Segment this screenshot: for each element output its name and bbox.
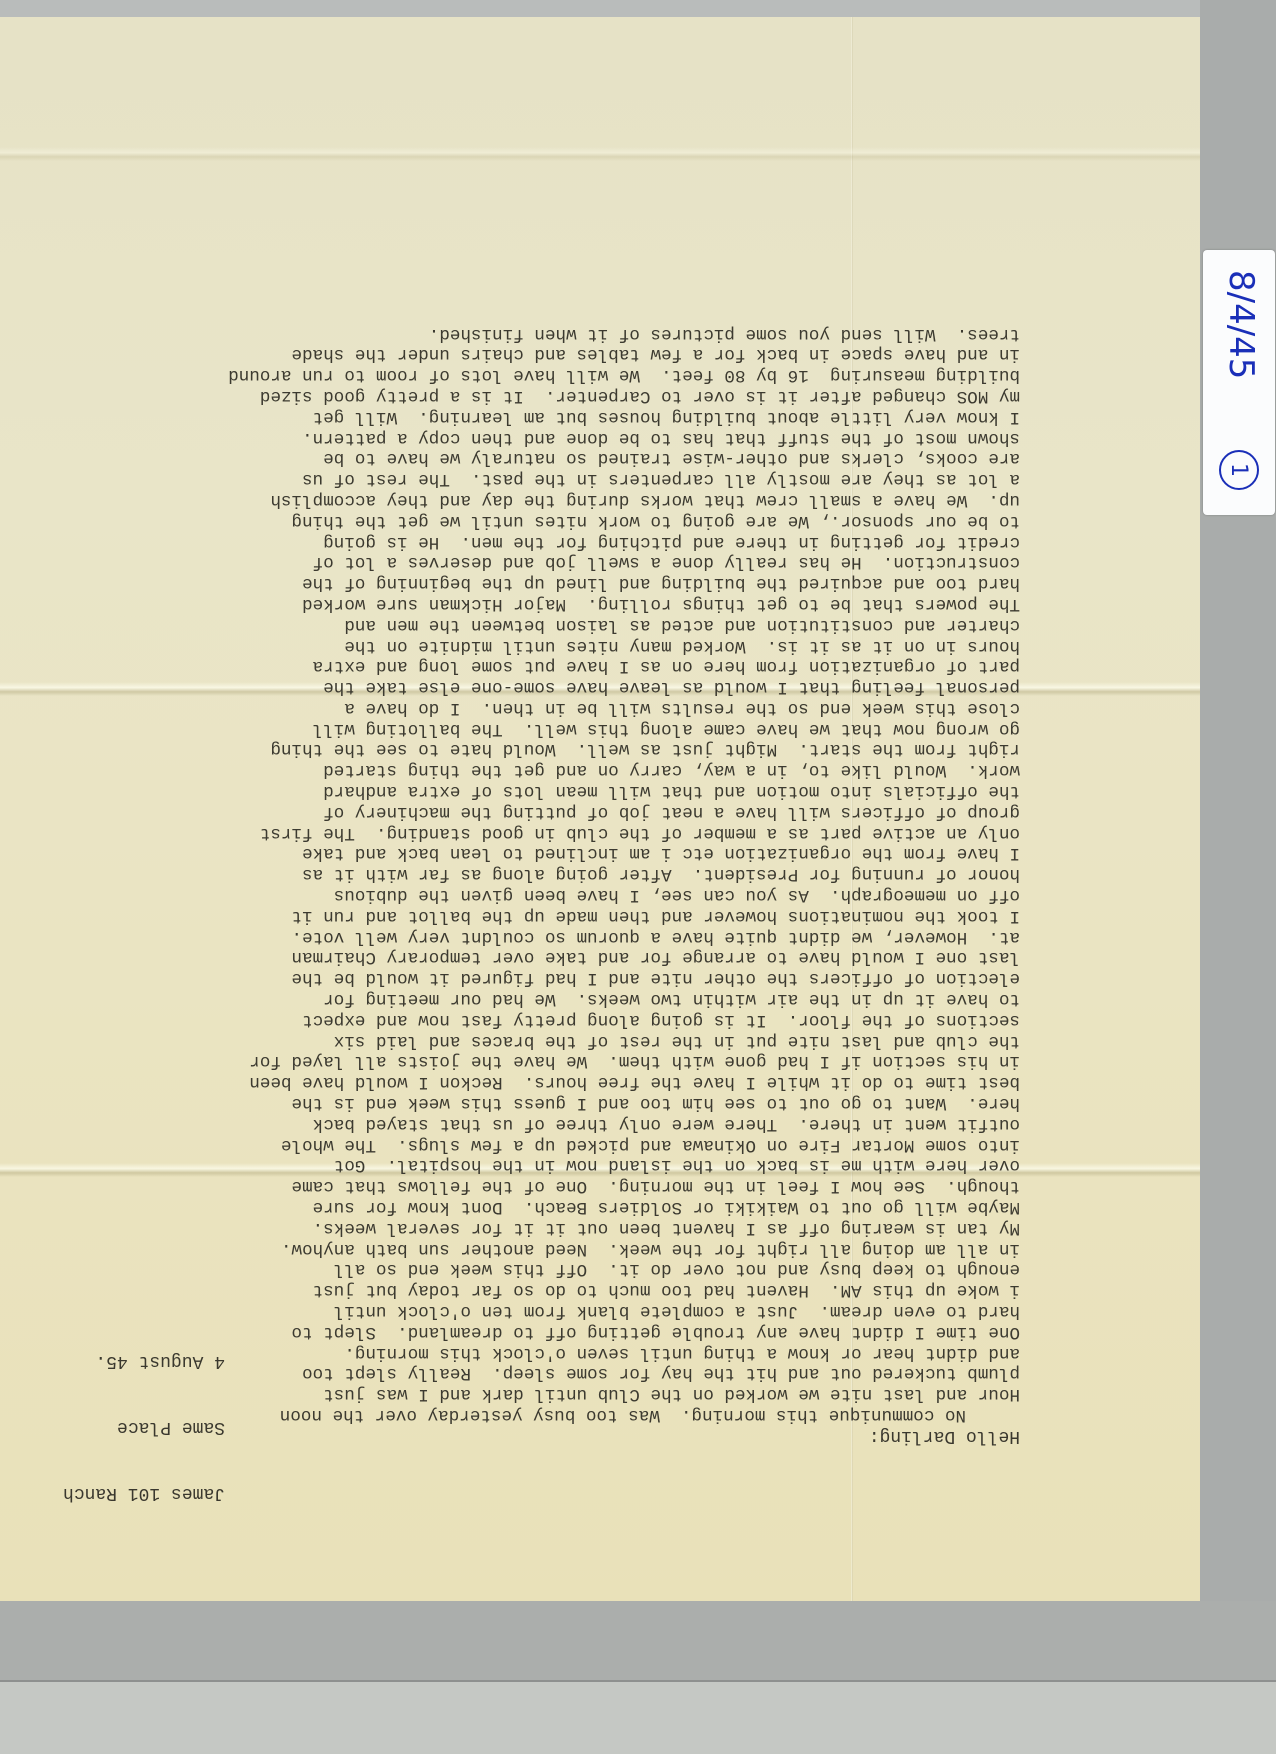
- letter-line: I know very little about building houses…: [120, 406, 1020, 427]
- label-page-number-circled: 1: [1219, 450, 1259, 490]
- letter-line: Hour and last nite we worked on the Club…: [120, 1383, 1020, 1404]
- letter-line: last one I would have to arrange for and…: [120, 947, 1020, 968]
- letter-line: My tan is wearing off as I havent been o…: [120, 1217, 1020, 1238]
- letter-line: honor of running for President. After go…: [120, 863, 1020, 884]
- letter-line: charter and constitution and acted as la…: [120, 614, 1020, 635]
- letter-line: the club and last nite put in the rest o…: [120, 1030, 1020, 1051]
- letter-line: One time I didnt have any trouble gettin…: [120, 1321, 1020, 1342]
- letter-line: to have it up in the air within two week…: [120, 988, 1020, 1009]
- letter-body: No communique this morning. Was too busy…: [120, 323, 1020, 1425]
- letter-line: though. See how I feel in the morning. O…: [120, 1175, 1020, 1196]
- letter-line: construction. He has really done a swell…: [120, 552, 1020, 573]
- letter-line: hours in on it as it is. Worked many nit…: [120, 635, 1020, 656]
- letter-line: hard too and acquired the building and l…: [120, 572, 1020, 593]
- letter-line: work. Would like to, in a way, carry on …: [120, 760, 1020, 781]
- letter-line: up. We have a small crew that works duri…: [120, 489, 1020, 510]
- letter-greeting: Hello Darling:: [869, 1426, 1020, 1446]
- letter-line: hard to even dream. Just a complete blan…: [120, 1300, 1020, 1321]
- letter-line: election of officers the other nite and …: [120, 967, 1020, 988]
- archive-label: 8/4/45 1: [1203, 250, 1275, 515]
- letter-line: shown most of the stuff that has to be d…: [120, 427, 1020, 448]
- letter-line: the officials into motion and that will …: [120, 780, 1020, 801]
- letter-line: I took the nominations however and then …: [120, 905, 1020, 926]
- letter-line: best time to do it while I have the free…: [120, 1071, 1020, 1092]
- letter-page: James 101 Ranch Same Place 4 August 45. …: [0, 17, 1200, 1601]
- letter-line: trees. Will send you some pictures of it…: [120, 323, 1020, 344]
- letter-line: plumb tuckered out and hit the hay for s…: [120, 1363, 1020, 1384]
- letter-line: right from the start. Might just as well…: [120, 739, 1020, 760]
- letter-line: my MOS changed after it is over to Carpe…: [120, 385, 1020, 406]
- letter-line: outfit went in there. There were only th…: [120, 1113, 1020, 1134]
- letter-line: only an active part as a member of the c…: [120, 822, 1020, 843]
- scanner-top-edge: [0, 0, 1276, 18]
- letter-line: are cooks, clerks and other-wise trained…: [120, 448, 1020, 469]
- letter-line: personal feeling that I would as leave h…: [120, 676, 1020, 697]
- letter-line: over here with me is back on the island …: [120, 1155, 1020, 1176]
- letter-line: into some Mortar Fire on Okinawa and pic…: [120, 1134, 1020, 1155]
- letter-line: at. However, we didnt quite have a quoru…: [120, 926, 1020, 947]
- letter-line: building measuring 16 by 80 feet. We wil…: [120, 364, 1020, 385]
- letter-line: go wrong now that we have came along thi…: [120, 718, 1020, 739]
- letter-line: group of officers will have a neat job o…: [120, 801, 1020, 822]
- letter-line: credit for getting in there and pitching…: [120, 531, 1020, 552]
- letter-line: i woke up this AM. Havent had too much t…: [120, 1279, 1020, 1300]
- header-location: James 101 Ranch: [63, 1482, 225, 1504]
- letter-line: to be our sponsor., We are going to work…: [120, 510, 1020, 531]
- label-date-handwritten: 8/4/45: [1221, 270, 1261, 379]
- letter-line: and didnt hear or know a thing until sev…: [120, 1342, 1020, 1363]
- letter-line: Maybe will go out to Waikiki or Soldiers…: [120, 1196, 1020, 1217]
- letter-line: here. Want to go out to see him too and …: [120, 1092, 1020, 1113]
- letter-line: in his section if I had gone with them. …: [120, 1051, 1020, 1072]
- letter-rotated-content: James 101 Ranch Same Place 4 August 45. …: [0, 17, 1200, 1601]
- letter-line: a lot as they are mostly all carpenters …: [120, 468, 1020, 489]
- letter-line: close this week end so the results will …: [120, 697, 1020, 718]
- letter-line: off on memeograph. As you can see, I hav…: [120, 884, 1020, 905]
- scanner-bottom-edge: [0, 1601, 1276, 1682]
- letter-line: sections of the floor. It is going along…: [120, 1009, 1020, 1030]
- letter-line: in and have space in back for a few tabl…: [120, 344, 1020, 365]
- letter-line: I have from the organization etc i am in…: [120, 843, 1020, 864]
- letter-line: enough to keep busy and not over do it. …: [120, 1259, 1020, 1280]
- letter-line: in all am doing all right for the week. …: [120, 1238, 1020, 1259]
- letter-line: The powers that be to get things rolling…: [120, 593, 1020, 614]
- letter-line: part of organization from here on as I h…: [120, 656, 1020, 677]
- letter-line: No communique this morning. Was too busy…: [120, 1404, 1020, 1425]
